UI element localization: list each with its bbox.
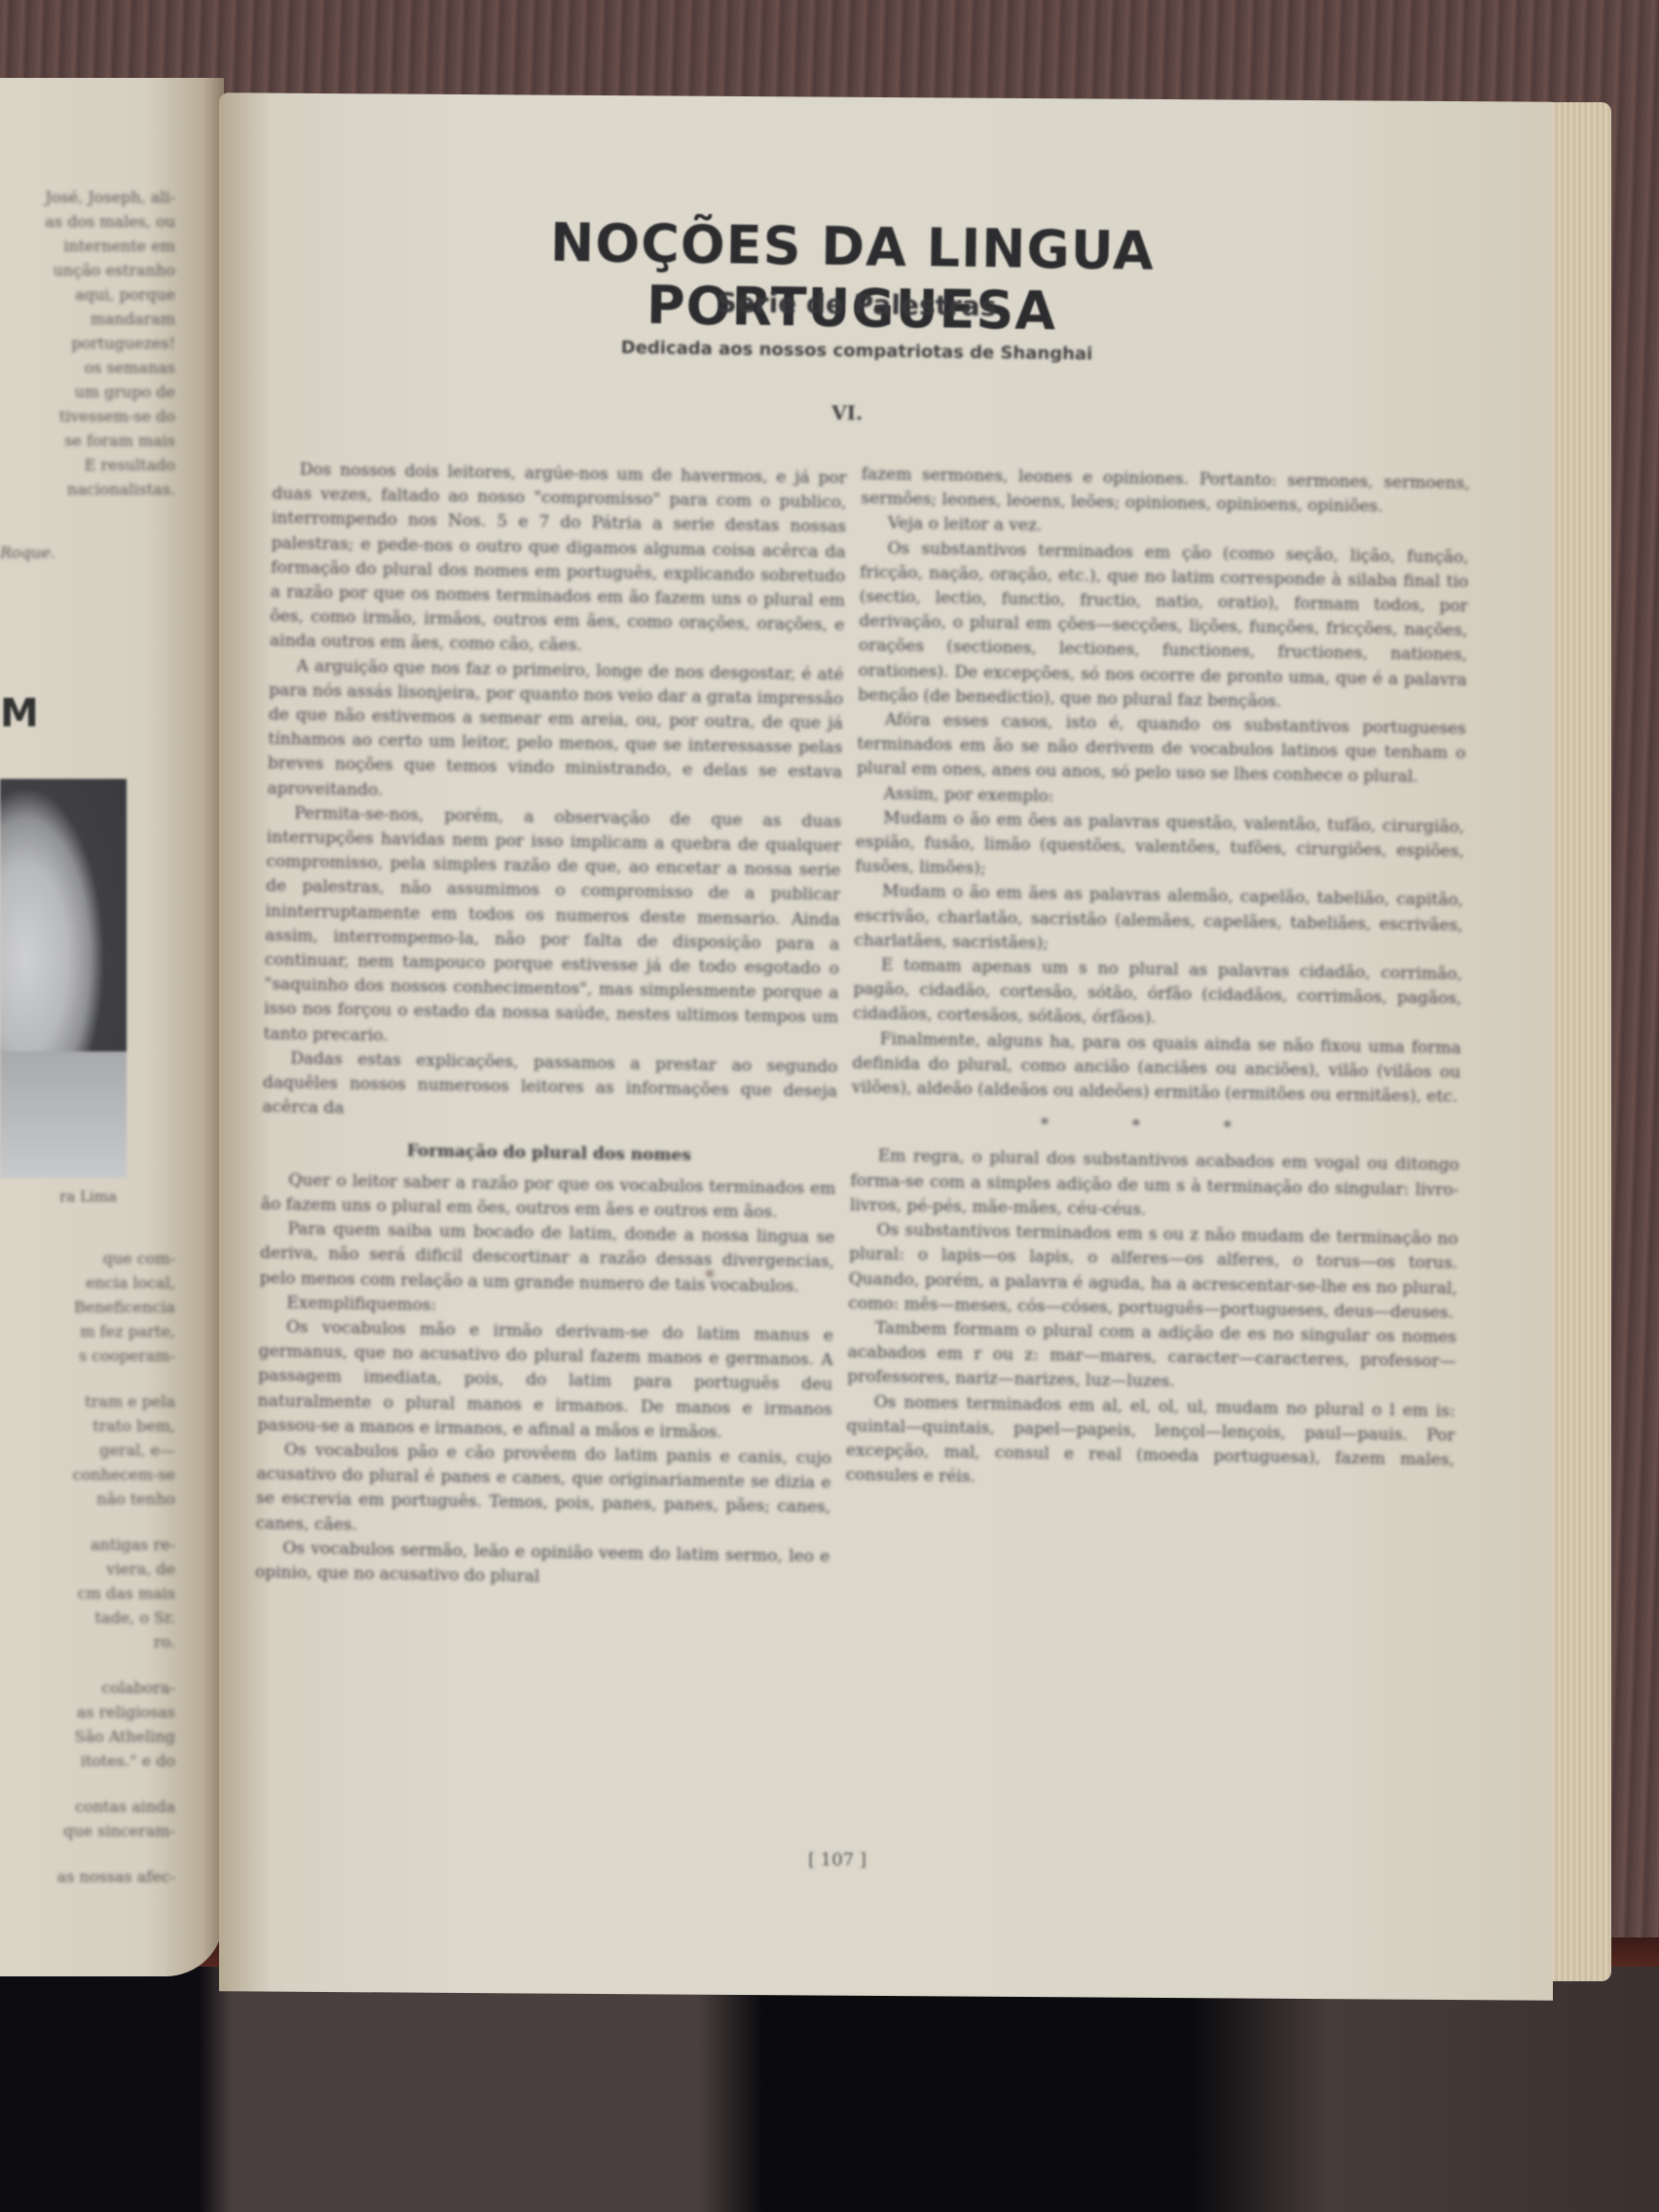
photo-caption: ra Lima: [0, 1188, 117, 1205]
paragraph: Permita-se-nos, porém, a observação de q…: [263, 801, 841, 1055]
paragraph: Os nomes terminados em al, el, ol, ul, m…: [845, 1389, 1456, 1497]
floor-background: [0, 1967, 1659, 2212]
facing-page-text-bottom: que com- encia local, Beneficencia m fez…: [0, 1246, 175, 1889]
paragraph: Tambem formam o plural com a adição de e…: [847, 1316, 1456, 1399]
paragraph: Mudam o ão em ães as palavras alemão, ca…: [854, 879, 1463, 962]
paragraph: Os substantivos terminados em ção (como …: [858, 536, 1469, 718]
section-separator: * * *: [851, 1110, 1459, 1144]
paragraph: Os vocabulos pão e cão provêem do latim …: [256, 1438, 832, 1545]
ink-spot: [706, 1270, 714, 1277]
portrait-photo: [0, 779, 127, 1178]
paragraph: Dadas estas explicações, passamos a pres…: [262, 1047, 837, 1129]
paragraph: Os vocabulos sermão, leão e opinião veem…: [255, 1536, 830, 1595]
facing-page-text-top: José, Joseph, ali- as dos males, ou inte…: [0, 185, 175, 565]
section-heading: Formação do plural dos nomes: [262, 1137, 836, 1170]
paragraph: Afóra esses casos, isto é, quando os sub…: [857, 708, 1466, 791]
paragraph: Os substantivos terminados em s ou z não…: [848, 1218, 1458, 1326]
facing-page-signature: Roque.: [0, 540, 175, 565]
part-number: VI.: [769, 401, 925, 424]
paragraph: A arguição que nos faz o primeiro, longe…: [267, 654, 843, 810]
paragraph: Para quem saiba um bocado de latim, dond…: [260, 1217, 835, 1300]
article-title: NOÇÕES DA LINGUA PORTUGUESA: [398, 210, 1306, 346]
facing-left-page: José, Joseph, ali- as dos males, ou inte…: [0, 78, 224, 1976]
paragraph: Quer o leitor saber a razão por que os v…: [261, 1168, 836, 1227]
facing-page-heading: M: [0, 691, 39, 736]
paragraph: Dos nossos dois leitores, argúe-nos um d…: [270, 458, 847, 663]
article-right-column: fazem sermones, leones e opiniones. Port…: [845, 462, 1469, 1497]
paragraph: Os vocabulos mão e irmão derivam-se do l…: [257, 1315, 833, 1447]
paragraph: Mudam o ão em ões as palavras questão, v…: [855, 806, 1464, 889]
paragraph: Finalmente, alguns ha, para os quais ain…: [852, 1027, 1461, 1110]
page-number: [ 107 ]: [779, 1850, 896, 1870]
paragraph: Em regra, o plural dos substantivos acab…: [850, 1144, 1459, 1227]
paragraph: E tomam apenas um s no plural as palavra…: [853, 953, 1462, 1036]
article-left-column: Dos nossos dois leitores, argúe-nos um d…: [255, 458, 847, 1594]
